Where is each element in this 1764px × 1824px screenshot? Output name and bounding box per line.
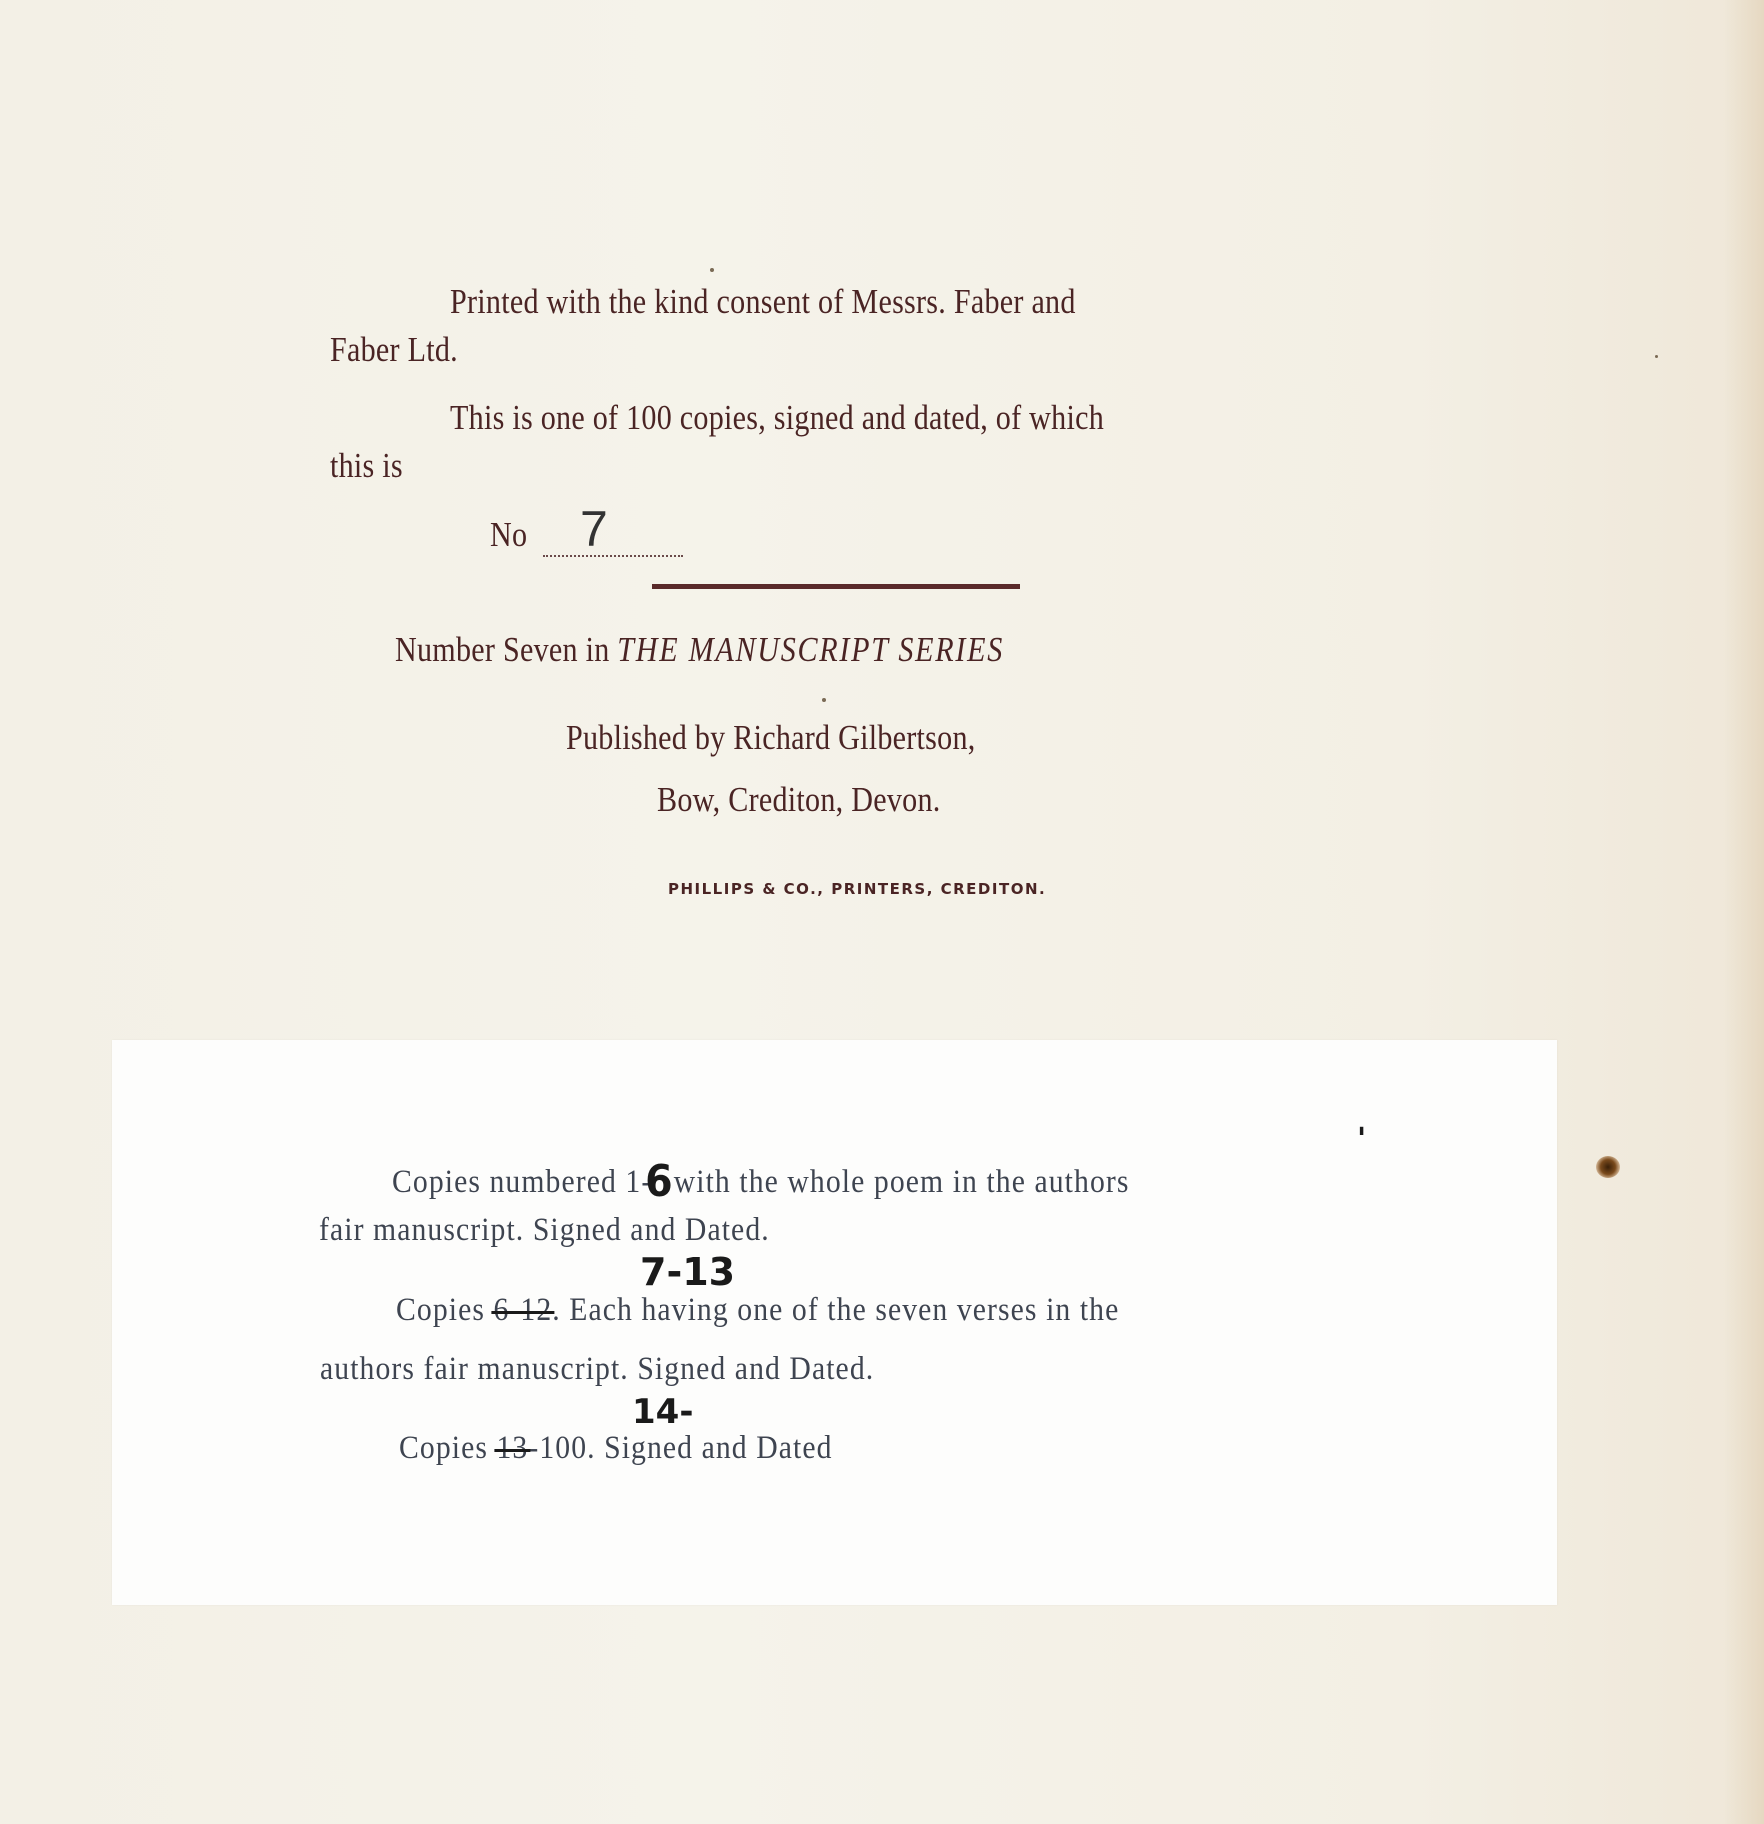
slip-line-5: Copies 13-100. Signed and Dated: [399, 1430, 833, 1467]
publisher-line-2: Bow, Crediton, Devon.: [657, 780, 941, 820]
divider-rule: [652, 584, 1020, 589]
slip-line-3-prefix: Copies: [396, 1292, 493, 1328]
series-prefix: Number Seven in: [395, 630, 617, 669]
paper-fleck: [1655, 355, 1658, 358]
paper-fleck: [710, 268, 714, 272]
slip-line-3: Copies 6-12. Each having one of the seve…: [396, 1292, 1119, 1329]
handwritten-7-13: 7-13: [640, 1250, 735, 1294]
series-line: Number Seven in THE MANUSCRIPT SERIES: [395, 630, 1004, 670]
foxing-spot: [1596, 1156, 1620, 1178]
consent-line-1: Printed with the kind consent of Messrs.…: [450, 282, 1076, 322]
page-edge-shadow: [1724, 0, 1764, 1824]
limitation-line-1: This is one of 100 copies, signed and da…: [450, 398, 1104, 438]
handwritten-apostrophe: ': [1357, 1122, 1366, 1157]
consent-line-2: Faber Ltd.: [330, 330, 458, 370]
printer-imprint: PHILLIPS & CO., PRINTERS, CREDITON.: [668, 880, 1046, 898]
series-title: THE MANUSCRIPT SERIES: [617, 630, 1004, 669]
slip-line-1-prefix: Copies numbered 1-: [392, 1164, 652, 1200]
number-label: No: [490, 515, 527, 555]
handwritten-6: 6: [645, 1156, 674, 1207]
limitation-line-2: this is: [330, 446, 403, 486]
struck-number-13: 13: [496, 1430, 528, 1466]
struck-range-6-12: 6-12: [493, 1292, 552, 1328]
publisher-line-1: Published by Richard Gilbertson,: [566, 718, 976, 758]
slip-line-5-suffix: -100. Signed and Dated: [528, 1430, 832, 1466]
slip-line-2: fair manuscript. Signed and Dated.: [319, 1212, 770, 1249]
pasted-limitation-slip: Copies numbered 1-6with the whole poem i…: [112, 1040, 1557, 1605]
slip-line-1-suffix: with the whole poem in the authors: [674, 1164, 1130, 1200]
handwritten-copy-number: 7: [580, 500, 608, 558]
slip-line-4: authors fair manuscript. Signed and Date…: [320, 1351, 874, 1388]
slip-line-3-suffix: . Each having one of the seven verses in…: [552, 1292, 1119, 1328]
number-dotted-line: [543, 555, 683, 557]
slip-line-1: Copies numbered 1-6with the whole poem i…: [392, 1152, 1129, 1203]
paper-fleck: [822, 698, 826, 702]
handwritten-14: 14-: [632, 1392, 693, 1432]
slip-line-5-prefix: Copies: [399, 1430, 496, 1466]
